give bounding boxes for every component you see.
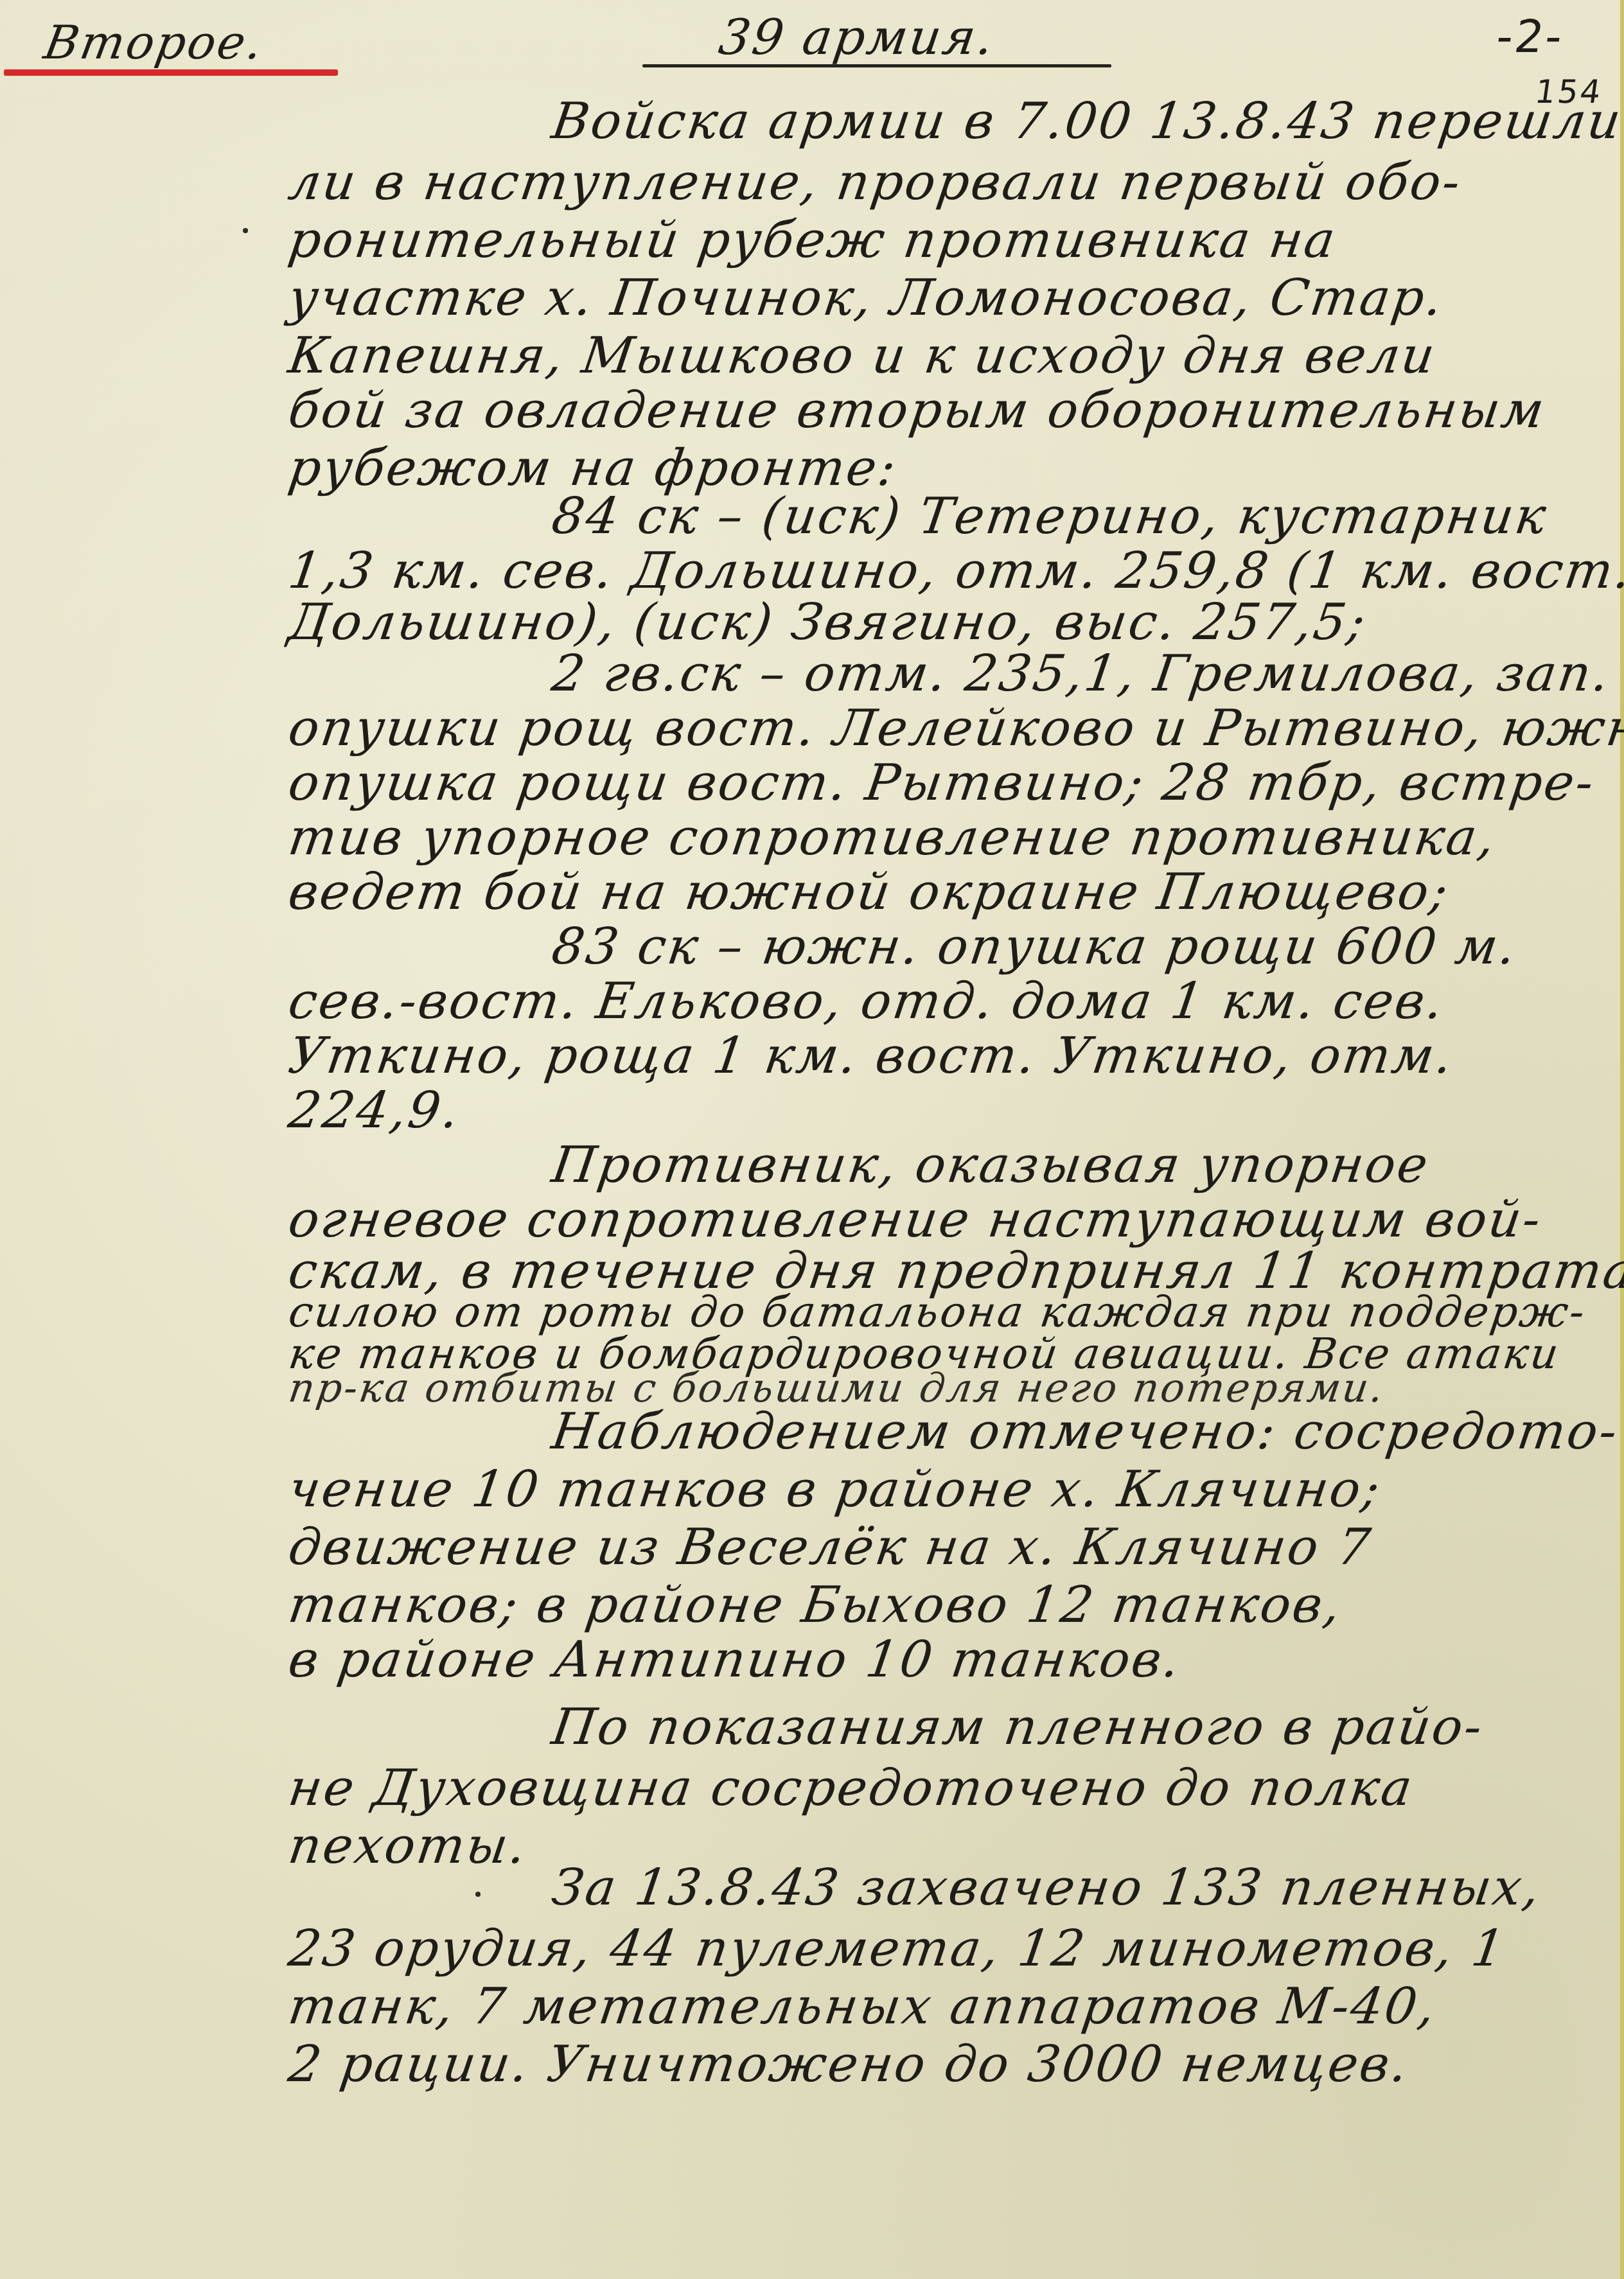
text-line: не Духовщина сосредоточено до полка <box>286 1763 1417 1813</box>
text-line: бой за овладение вторым оборонительным <box>286 385 1549 436</box>
text-line: движение из Веселёк на х. Клячино 7 <box>286 1522 1375 1572</box>
copy-marker: Второе. <box>41 19 268 66</box>
red-pencil-underline <box>4 69 338 76</box>
text-line: 2 рации. Уничтожено до 3000 немцев. <box>286 2039 1413 2090</box>
text-line: Капешня, Мышково и к исходу дня вели <box>286 331 1440 381</box>
text-line: ронительный рубеж противника на <box>286 215 1340 265</box>
text-line: тив упорное сопротивление противника, <box>286 813 1500 863</box>
text-line-2-gv-sk: 2 гв.ск – отм. 235,1, Гремилова, зап. <box>549 649 1614 699</box>
text-line: 23 орудия, 44 пулемета, 12 минометов, 1 <box>286 1924 1510 1974</box>
page-number: -2- <box>1494 14 1567 59</box>
text-line: участке х. Починок, Ломоносова, Стар. <box>286 273 1447 323</box>
text-line: в районе Антипино 10 танков. <box>286 1635 1185 1685</box>
text-line: сев.-вост. Ельково, отд. дома 1 км. сев. <box>286 976 1448 1026</box>
document-page: Второе. 39 армия. -2- 154 Войска армии в… <box>0 0 1624 2279</box>
text-line: 1,3 км. сев. Дольшино, отм. 259,8 (1 км.… <box>286 546 1624 596</box>
text-line: ведет бой на южной окраине Плющево; <box>286 867 1453 917</box>
text-line-83-sk: 83 ск – южн. опушка рощи 600 м. <box>549 922 1521 972</box>
text-line: чение 10 танков в районе х. Клячино; <box>286 1465 1385 1515</box>
margin-dot <box>475 1892 481 1897</box>
text-line: 224,9. <box>286 1086 464 1136</box>
text-line-inserted: пр-ка отбиты с большими для него потерям… <box>287 1368 1388 1408</box>
text-line: опушки рощ вост. Лелейково и Рытвино, юж… <box>286 703 1624 753</box>
text-line-captured: За 13.8.43 захвачено 133 пленных, <box>549 1863 1545 1913</box>
text-line: огневое сопротивление наступающим вой- <box>286 1195 1546 1245</box>
text-line: пехоты. <box>286 1821 531 1871</box>
text-line: танк, 7 метательных аппаратов М-40, <box>286 1982 1440 2032</box>
title-underline <box>642 64 1111 67</box>
text-line: Уткино, роща 1 км. вост. Уткино, отм. <box>286 1031 1458 1081</box>
text-line-inserted: силою от роты до батальона каждая при по… <box>286 1291 1589 1333</box>
text-line: опушка рощи вост. Рытвино; 28 тбр, встре… <box>286 758 1598 808</box>
text-line-84-sk: 84 ск – (иск) Тетерино, кустарник <box>549 491 1551 541</box>
text-line: танков; в районе Быхово 12 танков, <box>286 1580 1346 1630</box>
text-line: рубежом на фронте: <box>286 443 901 493</box>
margin-dot <box>243 228 248 233</box>
text-line: Дольшино), (иск) Звягино, выс. 257,5; <box>286 597 1370 647</box>
text-line-prisoner: По показаниям пленного в райо- <box>549 1702 1487 1752</box>
text-line-enemy: Противник, оказывая упорное <box>549 1140 1433 1190</box>
text-line: Войска армии в 7.00 13.8.43 перешли <box>549 96 1624 146</box>
text-line: ли в наступление, прорвали первый обо- <box>286 157 1465 207</box>
document-title: 39 армия. <box>716 13 998 62</box>
text-line-observation: Наблюдением отмечено: сосредото- <box>549 1407 1622 1457</box>
